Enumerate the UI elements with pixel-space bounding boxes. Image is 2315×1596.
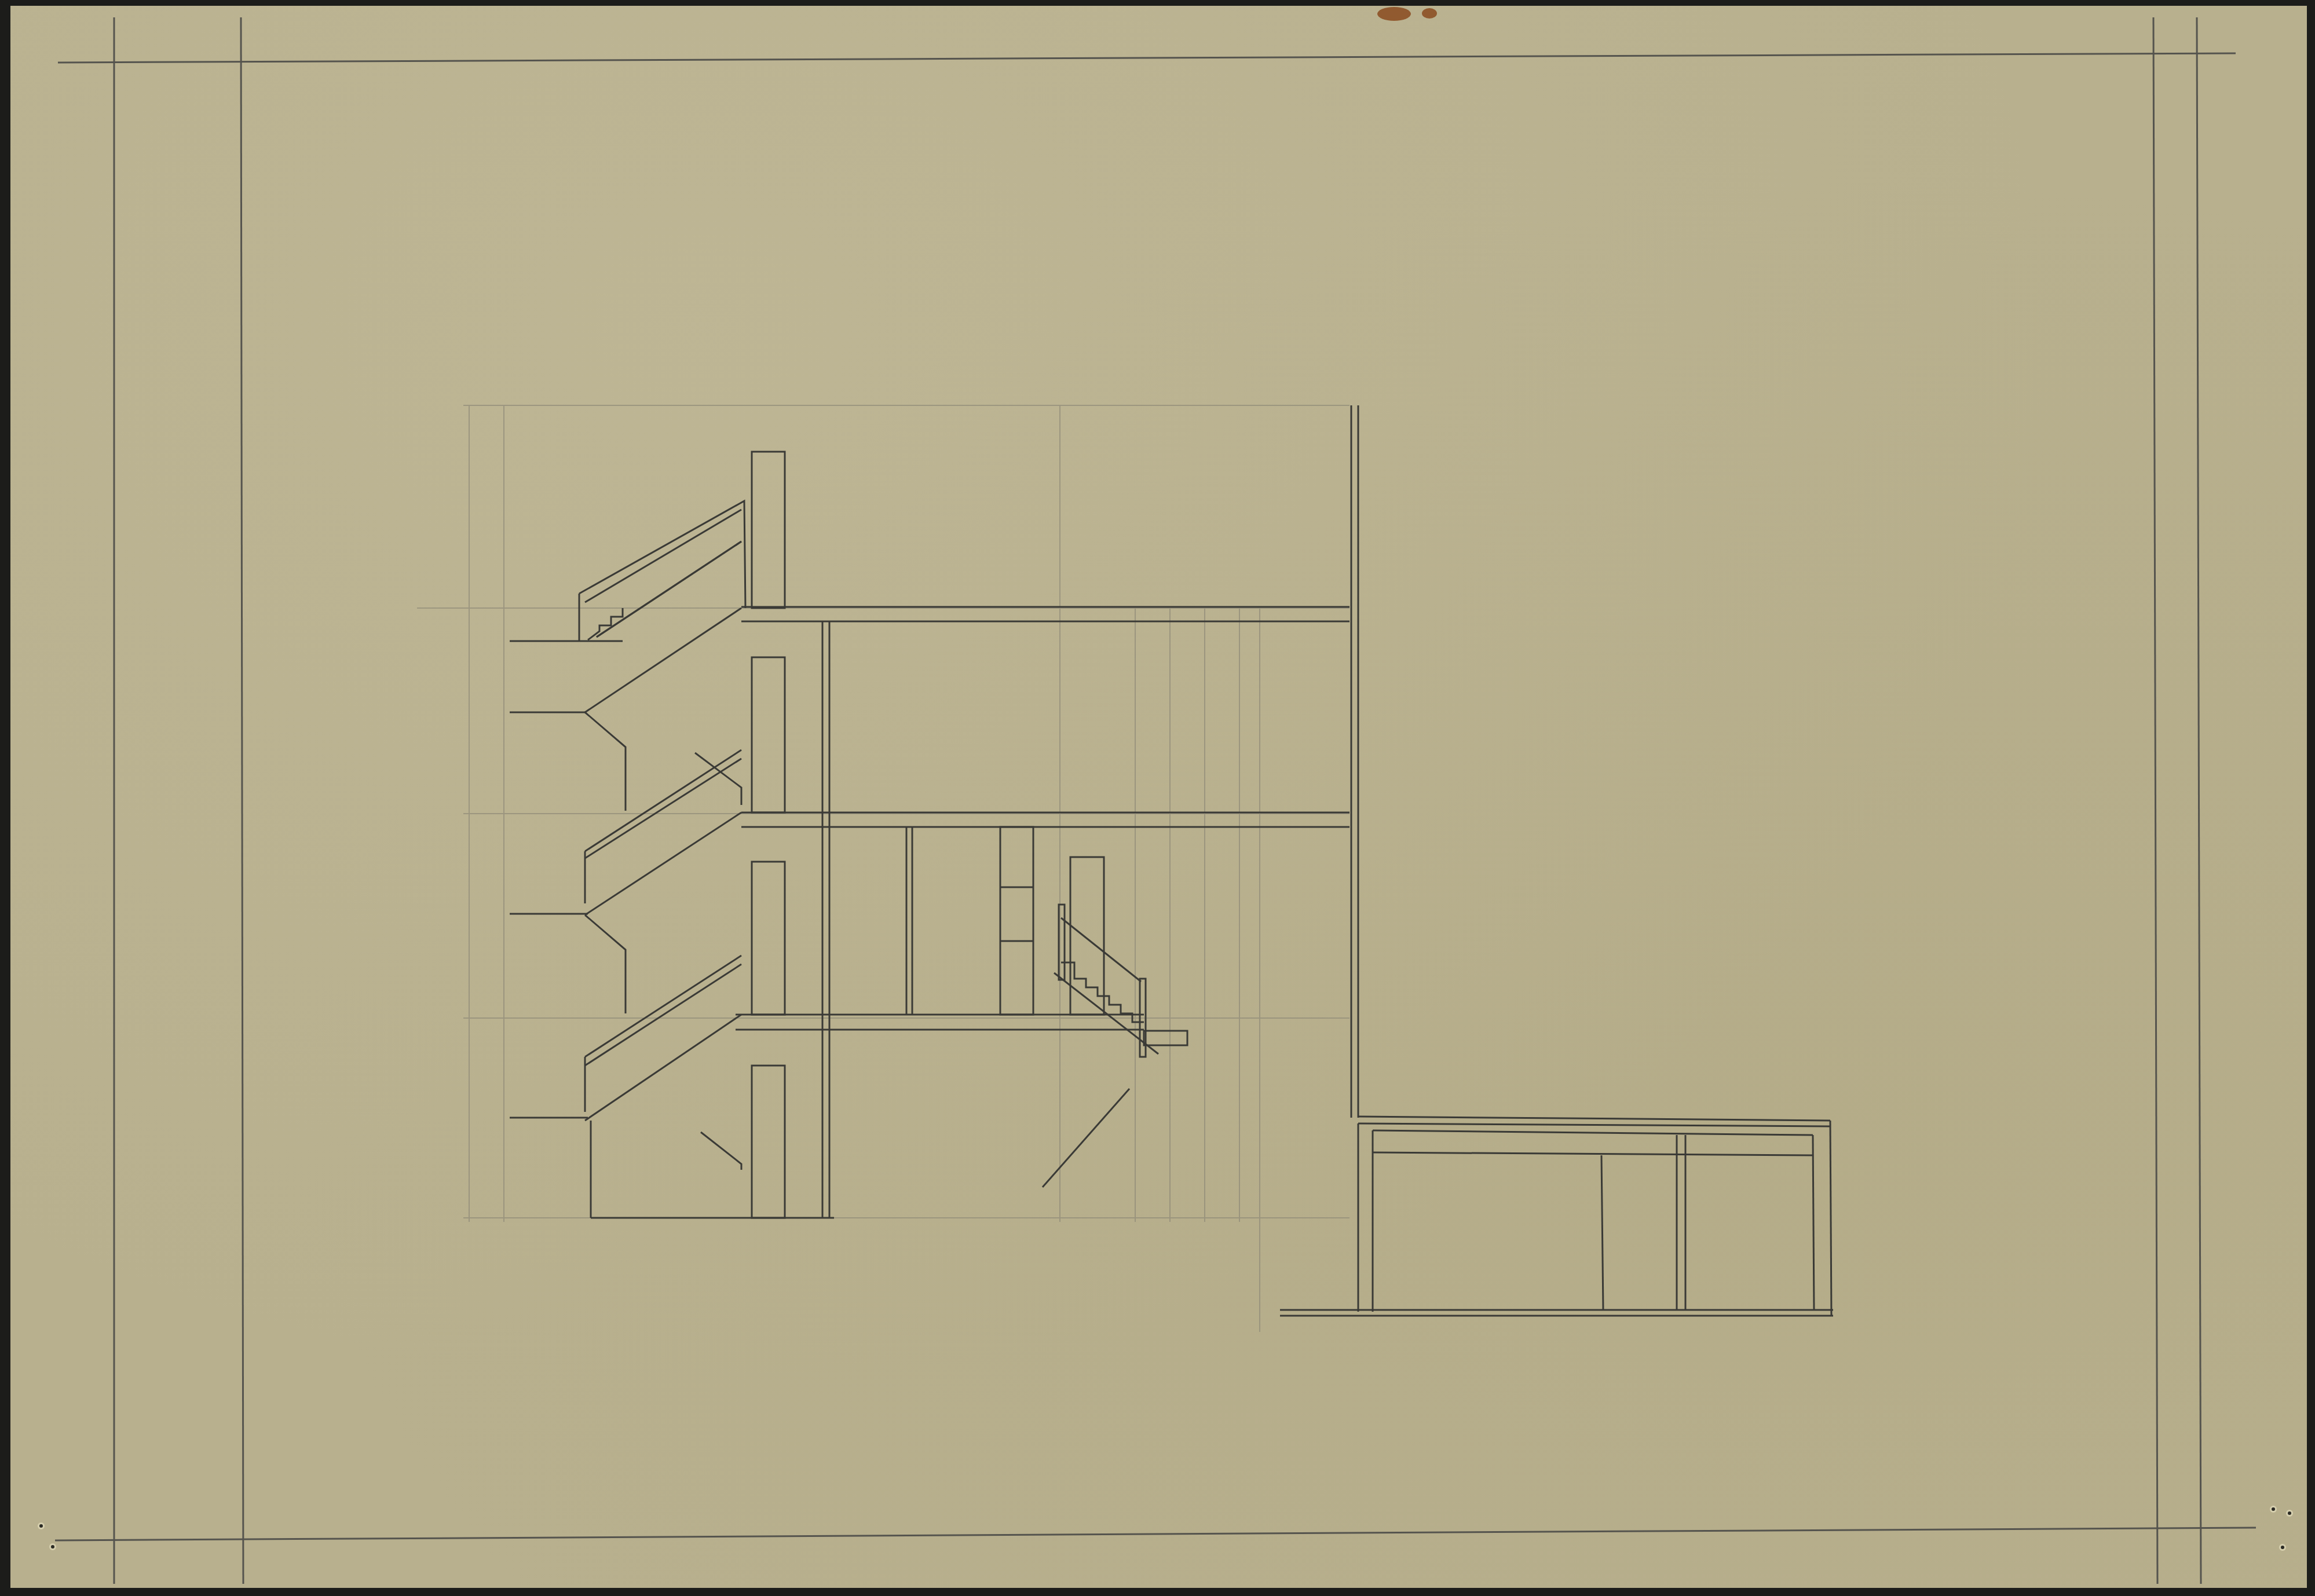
construction-lines [417, 405, 1349, 1332]
annex-structure [1280, 1117, 1833, 1316]
main-structure [591, 405, 1358, 1218]
sheet-frame [55, 17, 2256, 1584]
right-stair [1043, 905, 1187, 1187]
section-drawing [0, 0, 2315, 1596]
